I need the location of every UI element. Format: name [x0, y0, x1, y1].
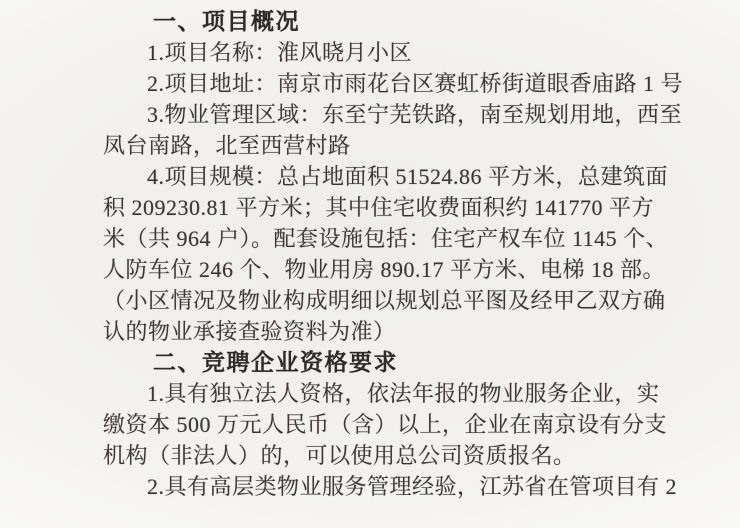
document-line-project-scale-4: 人防车位 246 个、物业用房 890.17 平方米、电梯 18 部。 — [103, 254, 662, 285]
document-line-requirement-1b: 缴资本 500 万元人民币（含）以上，企业在南京设有分支 — [103, 409, 662, 440]
section-heading-project-overview: 一、项目概况 — [103, 6, 662, 37]
section-heading-qualification-requirements: 二、竞聘企业资格要求 — [103, 347, 662, 378]
document-line-requirement-1a: 1.具有独立法人资格，依法年报的物业服务企业，实 — [103, 378, 662, 409]
document-line-project-scale-3: 米（共 964 户）。配套设施包括：住宅产权车位 1145 个、 — [103, 223, 662, 254]
document-line-management-area-2: 凤台南路，北至西营村路 — [103, 130, 662, 161]
document-page: 一、项目概况 1.项目名称：淮风晓月小区 2.项目地址：南京市雨花台区赛虹桥街道… — [0, 0, 740, 528]
document-line-note-2: 认的物业承接查验资料为准） — [103, 316, 662, 347]
document-text-block: 一、项目概况 1.项目名称：淮风晓月小区 2.项目地址：南京市雨花台区赛虹桥街道… — [0, 0, 740, 502]
document-line-management-area-1: 3.物业管理区域：东至宁芜铁路，南至规划用地，西至 — [103, 99, 662, 130]
document-line-note-1: （小区情况及物业构成明细以规划总平图及经甲乙双方确 — [103, 285, 662, 316]
document-line-project-scale-1: 4.项目规模：总占地面积 51524.86 平方米，总建筑面 — [103, 161, 662, 192]
document-line-project-name: 1.项目名称：淮风晓月小区 — [103, 37, 662, 68]
document-line-requirement-2a: 2.具有高层类物业服务管理经验，江苏省在管项目有 2 — [103, 471, 662, 502]
document-line-project-address: 2.项目地址：南京市雨花台区赛虹桥街道眼香庙路 1 号 — [103, 68, 662, 99]
document-line-project-scale-2: 积 209230.81 平方米；其中住宅收费面积约 141770 平方 — [103, 192, 662, 223]
document-line-requirement-1c: 机构（非法人）的，可以使用总公司资质报名。 — [103, 440, 662, 471]
